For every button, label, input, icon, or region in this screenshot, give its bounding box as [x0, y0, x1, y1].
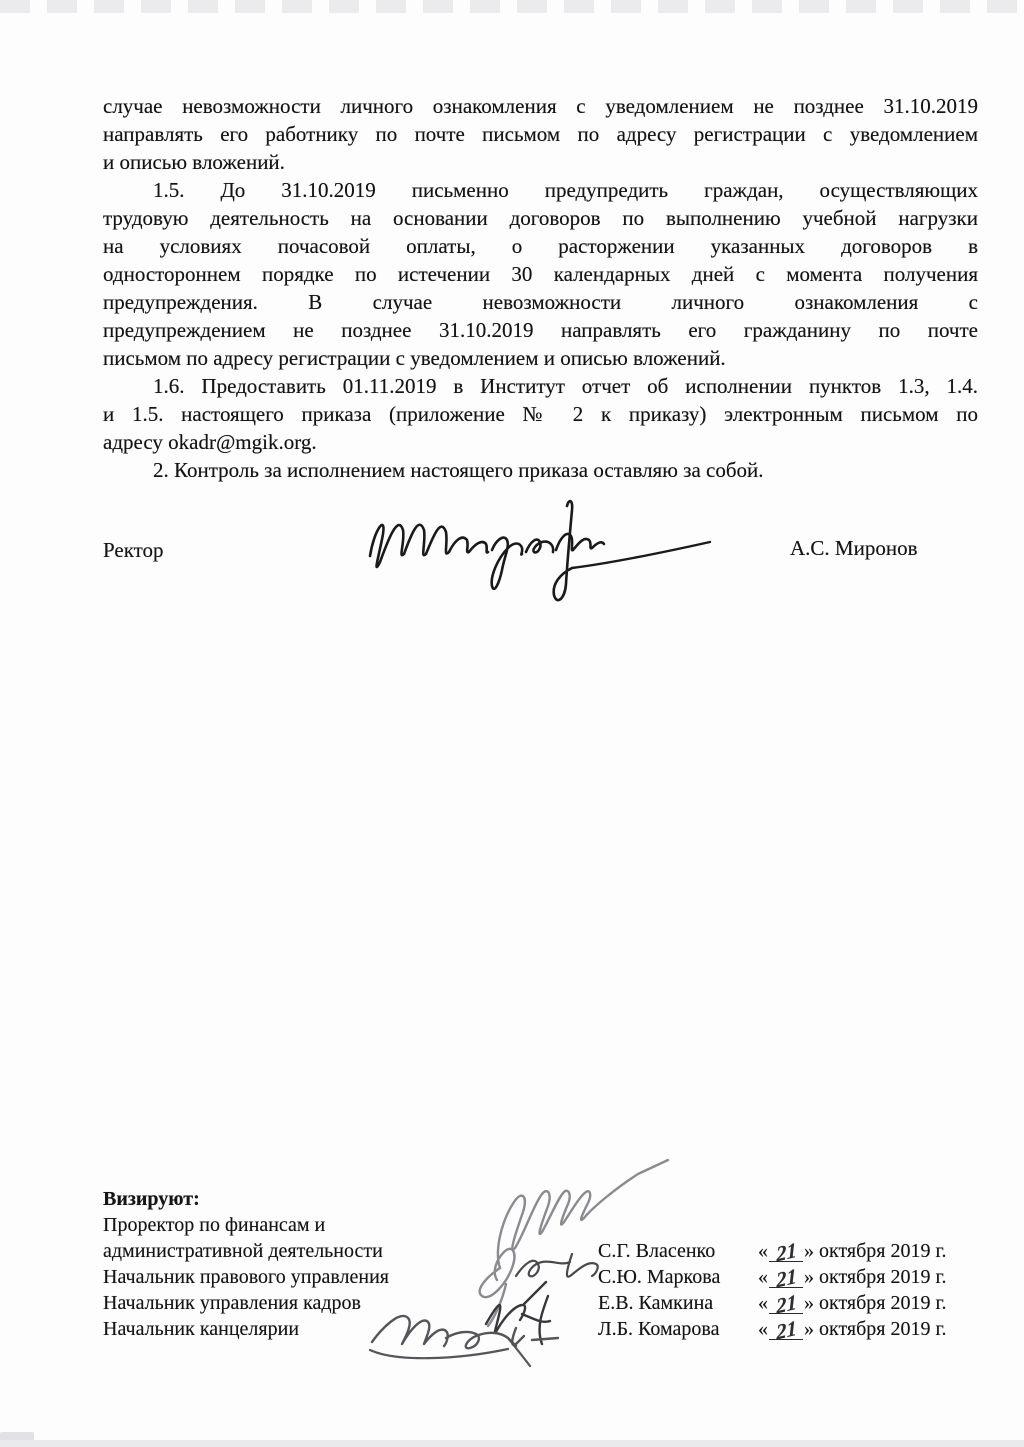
signature-name: А.С. Миронов — [790, 536, 918, 561]
text-line: 1.6. Предоставить 01.11.2019 в Институт … — [103, 372, 978, 400]
scan-artifact-bottom-edge — [0, 1440, 1024, 1447]
date-month-year: октября 2019 г. — [819, 1318, 946, 1340]
visa-position-label: административной деятельности — [103, 1238, 389, 1264]
date-day-blank: 21 — [769, 1266, 803, 1288]
visa-position-label: Начальник правового управления — [103, 1264, 389, 1290]
visa-heading: Визируют: — [103, 1186, 389, 1212]
paragraph: случае невозможности личного ознакомлени… — [103, 92, 978, 176]
text-line: предупреждением не позднее 31.10.2019 на… — [103, 316, 978, 344]
quote-close: » — [804, 1318, 814, 1340]
quote-open: « — [758, 1266, 768, 1288]
date-month-year: октября 2019 г. — [819, 1266, 946, 1288]
text-line: направлять его работнику по почте письмо… — [103, 120, 978, 148]
quote-open: « — [758, 1240, 768, 1262]
date-day-blank: 21 — [769, 1240, 803, 1262]
text-line: и описью вложений. — [103, 148, 978, 176]
visa-date: «21» октября 2019 г. — [758, 1238, 946, 1264]
date-month-year: октября 2019 г. — [819, 1240, 946, 1262]
document-body: случае невозможности личного ознакомлени… — [103, 92, 978, 484]
handwritten-day: 21 — [775, 1241, 796, 1264]
signature-role-label: Ректор — [103, 538, 164, 563]
date-day-blank: 21 — [769, 1318, 803, 1340]
rector-signature-scribble-icon — [356, 492, 712, 618]
paragraph: 1.6. Предоставить 01.11.2019 в Институт … — [103, 372, 978, 456]
scan-artifact-top-edge — [0, 0, 1024, 13]
date-month-year: октября 2019 г. — [819, 1292, 946, 1314]
text-line: на условиях почасовой оплаты, о расторже… — [103, 232, 978, 260]
visa-date: «21» октября 2019 г. — [758, 1290, 946, 1316]
text-line: письмом по адресу регистрации с уведомле… — [103, 344, 978, 372]
visa-date: «21» октября 2019 г. — [758, 1316, 946, 1342]
date-day-blank: 21 — [769, 1292, 803, 1314]
scanned-order-page: случае невозможности личного ознакомлени… — [0, 0, 1024, 1447]
visa-section-positions: Визируют: Проректор по финансам и админи… — [103, 1186, 389, 1342]
handwritten-day: 21 — [775, 1319, 796, 1342]
text-line: случае невозможности личного ознакомлени… — [103, 92, 978, 120]
quote-open: « — [758, 1318, 768, 1340]
visa-position-label: Начальник канцелярии — [103, 1316, 389, 1342]
visa-position-label: Проректор по финансам и — [103, 1212, 389, 1238]
handwritten-day: 21 — [775, 1293, 796, 1316]
text-line: адресу okadr@mgik.org. — [103, 428, 978, 456]
text-line: предупреждения. В случае невозможности л… — [103, 288, 978, 316]
text-line: 1.5. До 31.10.2019 письменно предупредит… — [103, 176, 978, 204]
visa-signatures-scribble-icon — [366, 1156, 706, 1368]
visa-section-dates: «21» октября 2019 г. «21» октября 2019 г… — [758, 1238, 946, 1342]
visa-date: «21» октября 2019 г. — [758, 1264, 946, 1290]
quote-close: » — [804, 1266, 814, 1288]
text-line: 2. Контроль за исполнением настоящего пр… — [103, 456, 978, 484]
visa-position-label: Начальник управления кадров — [103, 1290, 389, 1316]
handwritten-day: 21 — [775, 1267, 796, 1290]
paragraph: 1.5. До 31.10.2019 письменно предупредит… — [103, 176, 978, 372]
text-line: и 1.5. настоящего приказа (приложение № … — [103, 400, 978, 428]
quote-close: » — [804, 1240, 814, 1262]
paragraph: 2. Контроль за исполнением настоящего пр… — [103, 456, 978, 484]
text-line: трудовую деятельность на основании догов… — [103, 204, 978, 232]
quote-open: « — [758, 1292, 768, 1314]
quote-close: » — [804, 1292, 814, 1314]
text-line: одностороннем порядке по истечении 30 ка… — [103, 260, 978, 288]
